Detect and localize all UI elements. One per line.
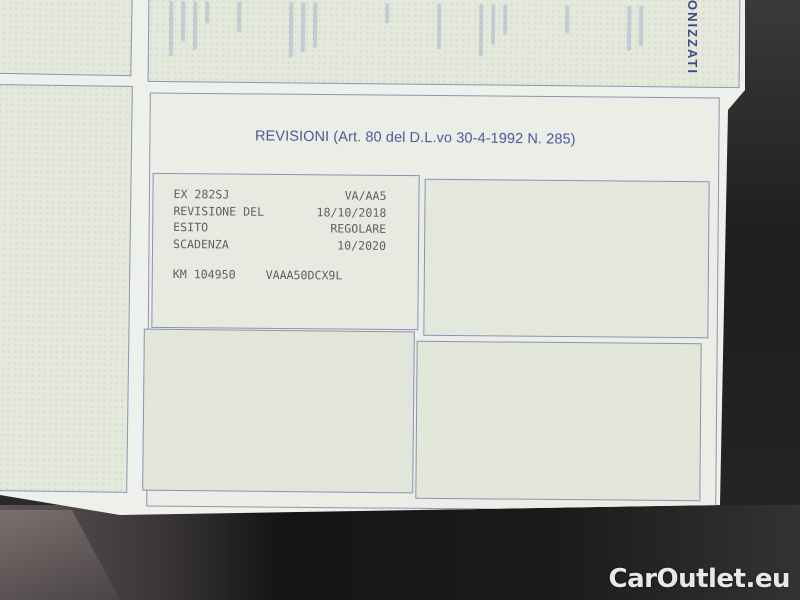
expiry-value: 10/2020 <box>337 237 386 254</box>
document-panel-top-right <box>148 0 741 88</box>
inspection-record-box: EX 282SJ VA/AA5 REVISIONE DEL 18/10/2018… <box>151 173 419 330</box>
inspection-stamp: EX 282SJ VA/AA5 REVISIONE DEL 18/10/2018… <box>173 186 387 284</box>
expiry-label: SCADENZA <box>173 236 229 253</box>
revision-label: REVISIONE DEL <box>173 203 264 220</box>
empty-revision-box <box>423 179 709 338</box>
outcome-value: REGOLARE <box>330 220 386 237</box>
empty-revision-box <box>415 341 701 501</box>
revisions-section-title: REVISIONI (Art. 80 del D.L.vo 30-4-1992 … <box>255 128 576 147</box>
outcome-label: ESITO <box>173 219 208 236</box>
km-value: 104950 <box>194 267 236 281</box>
document-panel-left <box>0 84 133 493</box>
inspection-code: VAAA50DCX9L <box>266 267 343 284</box>
caroutlet-watermark: CarOutlet.eu <box>609 564 790 594</box>
plate-number: EX 282SJ <box>173 186 229 203</box>
revision-date: 18/10/2018 <box>316 204 386 221</box>
empty-revision-box <box>142 329 415 494</box>
km-label: KM <box>173 267 187 281</box>
document-panel-top-left <box>0 0 133 76</box>
side-panel-heading: ONIZZATI <box>685 0 700 75</box>
registration-document: ONIZZATI REVISIONI (Art. 80 del D.L.vo 3… <box>0 0 745 515</box>
rotated-fine-print <box>169 1 644 66</box>
office-code: VA/AA5 <box>345 188 387 205</box>
